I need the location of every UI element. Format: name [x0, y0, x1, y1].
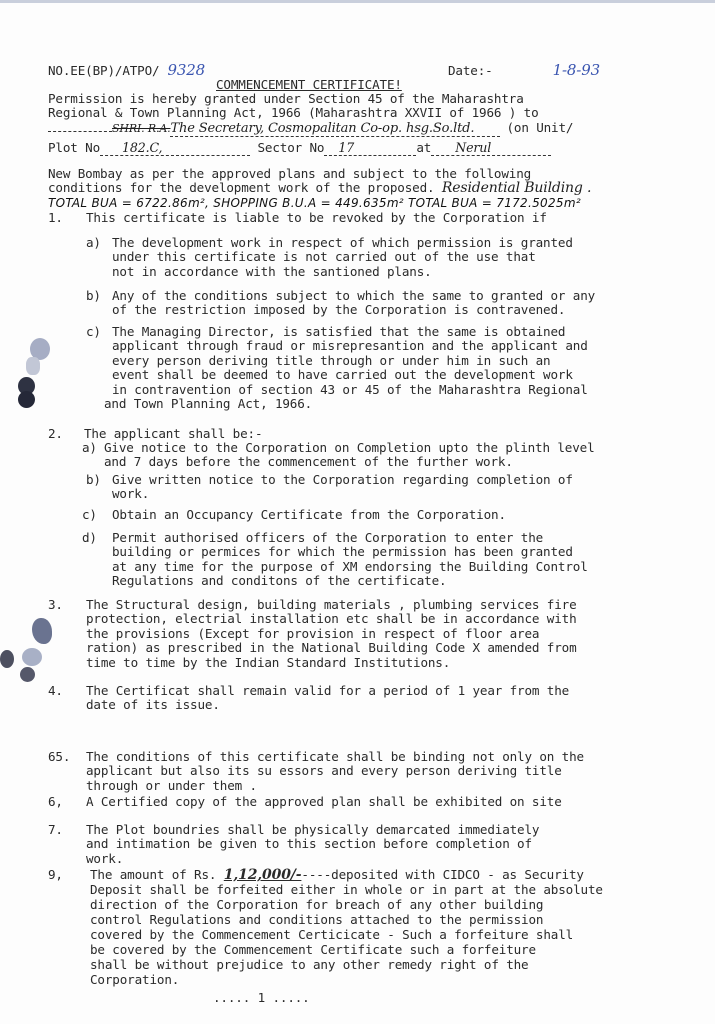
deposit-text-line: shall be without prejudice to any other … [90, 958, 529, 972]
sector-label: Sector No [257, 140, 324, 155]
grantee-line: SHRI. R.A.The Secretary, Cosmopalitan Co… [48, 121, 573, 137]
date-field: Date:-1-8-93 [448, 63, 600, 78]
condition-number: c) [86, 325, 101, 339]
deposit-text-line: covered by the Commencement Certicicate … [90, 928, 573, 942]
condition-text-line: through or under them . [86, 779, 257, 793]
scanned-document-page: NO.EE(BP)/ATPO/9328 Date:-1-8-93 COMMENC… [0, 0, 715, 1024]
deposit-text-line: direction of the Corporation for breach … [90, 898, 543, 912]
deposit-amount: 1,12,000/- [224, 867, 302, 883]
grantee-struck-text: SHRI. R.A. [112, 122, 170, 135]
condition-text-line: work. [86, 852, 123, 866]
condition-text-line: Obtain an Occupancy Certificate from the… [112, 508, 506, 522]
deposit-text-line: control Regulations and conditions attac… [90, 913, 543, 927]
location-value: Nerul [431, 141, 551, 156]
condition-text-line: This certificate is liable to be revoked… [86, 211, 547, 225]
intro-line-6: conditions for the development work of t… [48, 181, 591, 195]
condition-number: d) [82, 531, 97, 545]
plot-label: Plot No [48, 140, 100, 155]
condition-number: c) [82, 508, 97, 522]
condition-number: 7. [48, 823, 63, 837]
at-label: at [416, 140, 431, 155]
document-title: COMMENCEMENT CERTIFICATE! [216, 78, 402, 92]
condition-text-line: A Certified copy of the approved plan sh… [86, 795, 562, 809]
condition-text-line: under this certificate is not carried ou… [112, 250, 536, 264]
deposit-suffix: ----deposited with CIDCO - as Security [301, 867, 583, 882]
condition-text-line: The Certificat shall remain valid for a … [86, 684, 569, 698]
condition-text-line: and Town Planning Act, 1966. [104, 397, 312, 411]
condition-text-line: The applicant shall be:- [84, 427, 262, 441]
intro-line-2: Regional & Town Planning Act, 1966 (Maha… [48, 106, 539, 120]
sector-value: 17 [324, 141, 416, 156]
ink-blot [32, 618, 52, 644]
condition-text-line: applicant but also its su essors and eve… [86, 764, 562, 778]
scan-edge [0, 0, 715, 3]
reference-number: NO.EE(BP)/ATPO/9328 [48, 63, 205, 78]
reference-label: NO.EE(BP)/ATPO/ [48, 63, 159, 78]
condition-number: b) [86, 473, 101, 487]
condition-text-line: Regulations and conditons of the certifi… [112, 574, 446, 588]
reference-number-value: 9328 [167, 61, 205, 79]
ink-blot [18, 391, 35, 408]
page-marker: ..... 1 ..... [213, 991, 310, 1005]
condition-text-line: Permit authorised officers of the Corpor… [112, 531, 543, 545]
condition-number: 2. [48, 427, 63, 441]
grantee-blank [48, 131, 112, 132]
condition-number: a) [82, 441, 97, 455]
condition-text-line: ration) as prescribed in the National Bu… [86, 641, 577, 655]
condition-text-line: at any time for the purpose of XM endors… [112, 560, 588, 574]
condition-text-line: Any of the conditions subject to which t… [112, 289, 595, 303]
condition-text-line: date of its issue. [86, 698, 220, 712]
condition-number: a) [86, 236, 101, 250]
ink-blot [22, 648, 42, 666]
condition-text-line: applicant through fraud or misrepresanti… [112, 339, 588, 353]
ink-blot [20, 667, 35, 682]
condition-text-line: Give notice to the Corporation on Comple… [104, 441, 595, 455]
intro-line-5: New Bombay as per the approved plans and… [48, 167, 531, 181]
condition-text-line: every person deriving title through or u… [112, 354, 551, 368]
condition-text-line: and 7 days before the commencement of th… [104, 455, 513, 469]
condition-number: 65. [48, 750, 70, 764]
condition-text-line: time to time by the Indian Standard Inst… [86, 656, 450, 670]
deposit-number: 9, [48, 868, 63, 882]
condition-number: 1. [48, 211, 63, 225]
intro-line-6-text: conditions for the development work of t… [48, 180, 434, 195]
condition-text-line: building or permices for which the permi… [112, 545, 573, 559]
deposit-text-line: Corporation. [90, 973, 179, 987]
condition-text-line: The development work in respect of which… [112, 236, 573, 250]
date-value: 1-8-93 [553, 61, 600, 79]
condition-text-line: The Managing Director, is satisfied that… [112, 325, 565, 339]
intro-line-1: Permission is hereby granted under Secti… [48, 92, 524, 106]
plot-line: Plot No182.C, Sector No17atNerul [48, 141, 551, 156]
condition-text-line: of the restriction imposed by the Corpor… [112, 303, 565, 317]
ink-blot [0, 650, 14, 668]
condition-text-line: The Plot boundries shall be physically d… [86, 823, 539, 837]
condition-text-line: The Structural design, building material… [86, 598, 577, 612]
deposit-first-line: The amount of Rs. 1,12,000/-----deposite… [90, 868, 584, 882]
deposit-text-line: be covered by the Commencement Certifica… [90, 943, 536, 957]
date-label: Date:- [448, 63, 493, 78]
condition-text-line: not in accordance with the santioned pla… [112, 265, 432, 279]
proposed-use: Residential Building . [442, 180, 591, 196]
condition-text-line: Give written notice to the Corporation r… [112, 473, 573, 487]
condition-number: b) [86, 289, 101, 303]
condition-number: 6, [48, 795, 63, 809]
grantee-suffix: (on Unit/ [506, 120, 573, 135]
condition-number: 4. [48, 684, 63, 698]
condition-text-line: The conditions of this certificate shall… [86, 750, 584, 764]
condition-text-line: work. [112, 487, 149, 501]
ink-blot [26, 357, 40, 375]
bua-line: TOTAL BUA = 6722.86m², SHOPPING B.U.A = … [48, 196, 581, 210]
condition-text-line: in contravention of section 43 or 45 of … [112, 383, 588, 397]
condition-number: 3. [48, 598, 63, 612]
plot-value: 182.C, [100, 141, 250, 156]
deposit-text-line: Deposit shall be forfeited either in who… [90, 883, 603, 897]
deposit-prefix: The amount of Rs. [90, 867, 216, 882]
grantee-name: The Secretary, Cosmopalitan Co-op. hsg.S… [170, 122, 500, 137]
condition-text-line: protection, electrial installation etc s… [86, 612, 577, 626]
condition-text-line: event shall be deemed to have carried ou… [112, 368, 573, 382]
condition-text-line: and intimation be given to this section … [86, 837, 532, 851]
condition-text-line: the provisions (Except for provision in … [86, 627, 539, 641]
